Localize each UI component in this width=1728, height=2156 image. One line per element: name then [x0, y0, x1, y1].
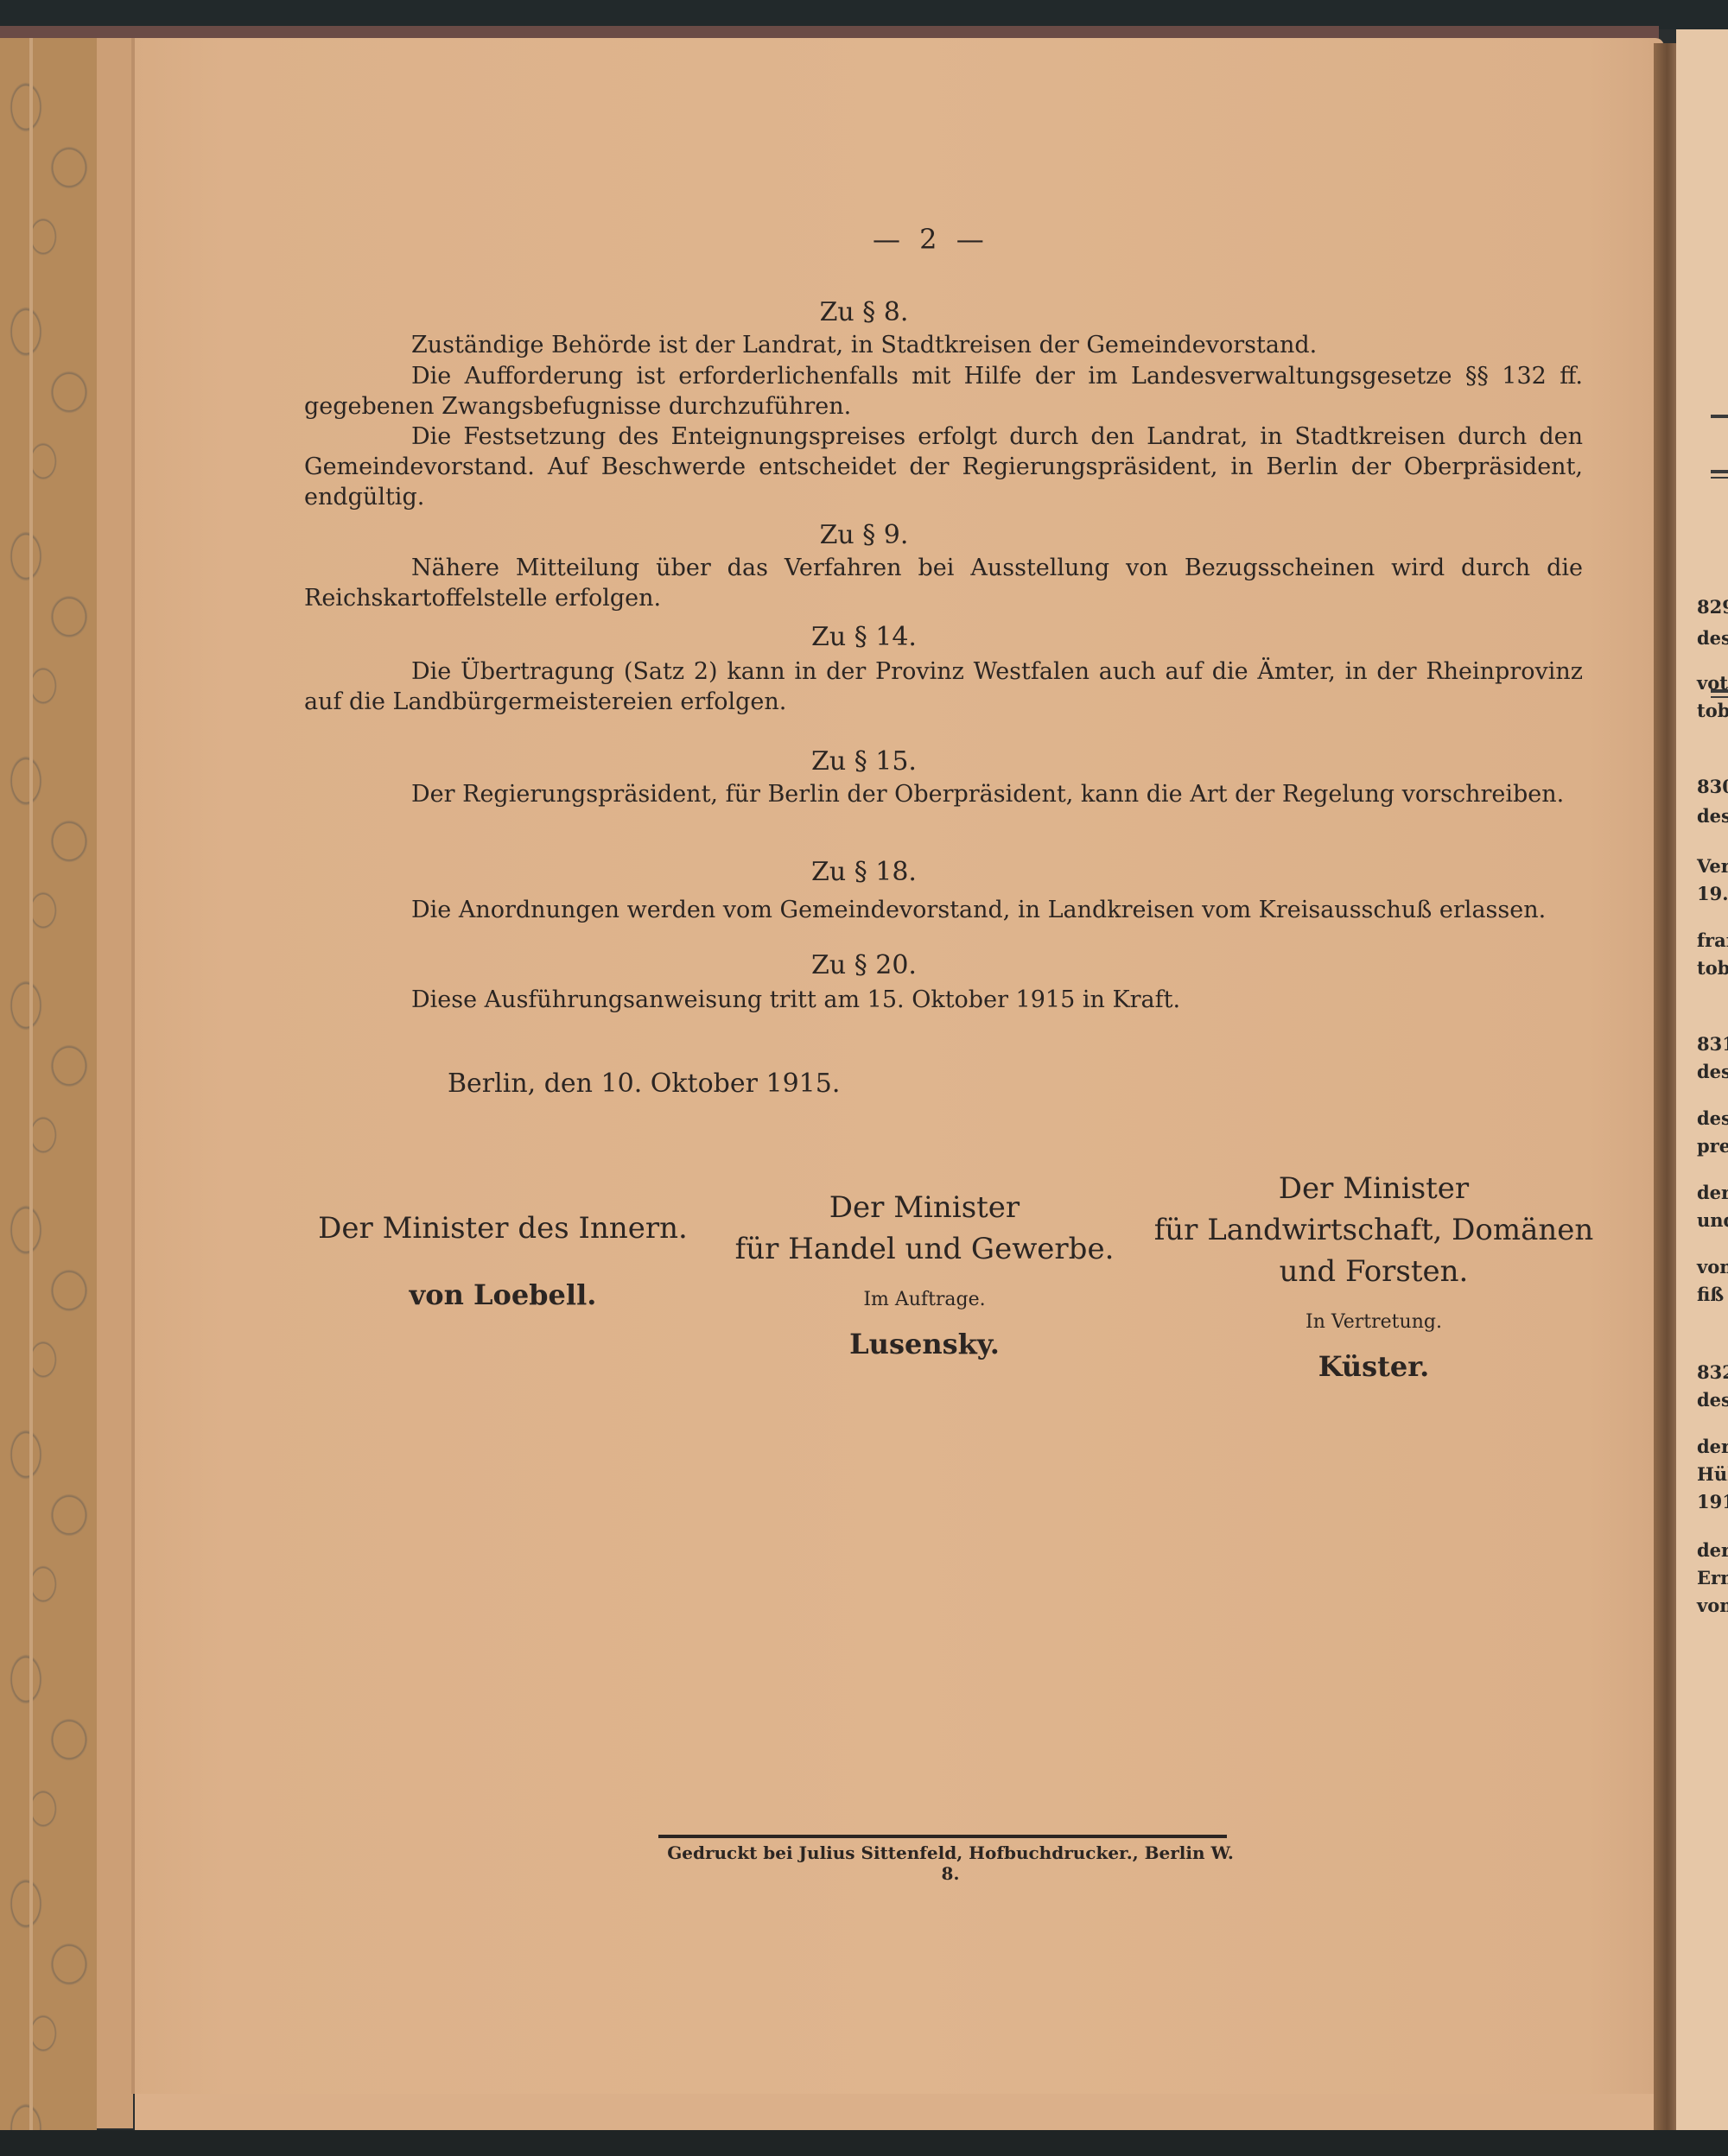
next-page-fragment: 832. — [1697, 1361, 1728, 1383]
marbled-binding — [0, 38, 97, 2132]
book-cover-bottom — [0, 2130, 1728, 2156]
section-heading: Zu § 15. — [0, 746, 1728, 777]
next-page-fragment: von — [1697, 1256, 1728, 1278]
printer-imprint: Gedruckt bei Julius Sittenfeld, Hofbuchd… — [657, 1842, 1244, 1884]
paragraph: Nähere Mitteilung über das Verfahren bei… — [304, 553, 1583, 613]
signature-title: Der Minister — [717, 1187, 1132, 1228]
page-number: — 2 — — [873, 223, 989, 256]
signatory-name: Lusensky. — [717, 1328, 1132, 1360]
signature-title: für Landwirtschaft, Domänen — [1140, 1209, 1607, 1251]
signature-title: Der Minister — [1140, 1168, 1607, 1209]
signature-capacity: In Vertretung. — [1140, 1311, 1607, 1333]
next-page-fragment: tob — [1697, 700, 1728, 721]
book-cover-top — [0, 0, 1728, 29]
next-page-fragment: des — [1697, 805, 1728, 827]
next-page-fragment: 831. — [1697, 1033, 1728, 1055]
next-page-fragment: des — [1697, 1389, 1728, 1411]
signature-title: Der Minister des Innern. — [295, 1208, 710, 1249]
next-page-fragment: 830 — [1697, 776, 1728, 797]
section-heading: Zu § 9. — [0, 520, 1728, 550]
binding-crease — [29, 38, 33, 2132]
book-gutter — [1654, 43, 1676, 2134]
paragraph: Die Festsetzung des Enteignungspreises e… — [304, 422, 1583, 512]
next-page-fragment: 829 — [1697, 596, 1728, 618]
next-page-fragment: fran — [1697, 929, 1728, 951]
next-page-fragment: der — [1697, 1182, 1728, 1203]
signature-capacity: Im Auftrage. — [717, 1289, 1132, 1310]
date-line: Berlin, den 10. Oktober 1915. — [448, 1068, 840, 1099]
paragraph: Die Aufforderung ist erforderlichenfalls… — [304, 361, 1583, 422]
section-heading: Zu § 8. — [0, 297, 1728, 327]
signature-title: und Forsten. — [1140, 1251, 1607, 1292]
next-page-fragment: 1915 — [1697, 1491, 1728, 1512]
section-heading: Zu § 14. — [0, 622, 1728, 652]
signature-block-interior: Der Minister des Innern. von Loebell. — [295, 1208, 710, 1311]
paragraph: Die Anordnungen werden vom Gemeindevorst… — [304, 895, 1583, 925]
next-page-sliver: 829desvottob830desVer19.frantobe831.desd… — [1676, 29, 1728, 2130]
next-page-rule — [1711, 696, 1728, 698]
next-page-fragment: des — [1697, 1061, 1728, 1082]
paragraph: Zuständige Behörde ist der Landrat, in S… — [304, 330, 1583, 360]
section-heading: Zu § 20. — [0, 950, 1728, 980]
next-page-fragment: der — [1697, 1436, 1728, 1457]
next-page-fragment: und — [1697, 1209, 1728, 1231]
next-page-fragment: vot — [1697, 672, 1728, 694]
next-page-fragment: fiß — [1697, 1284, 1724, 1305]
page-stack-edge — [97, 38, 133, 2128]
paragraph: Diese Ausführungsanweisung tritt am 15. … — [304, 985, 1583, 1015]
footer-rule — [658, 1835, 1227, 1838]
paragraph: Die Übertragung (Satz 2) kann in der Pro… — [304, 656, 1583, 717]
page-bottom-edge — [135, 2094, 1690, 2132]
signature-title: für Handel und Gewerbe. — [717, 1228, 1132, 1270]
signature-block-trade: Der Minister für Handel und Gewerbe. Im … — [717, 1187, 1132, 1360]
signatory-name: Küster. — [1140, 1350, 1607, 1383]
next-page-fragment: Hül — [1697, 1463, 1728, 1485]
signature-block-agriculture: Der Minister für Landwirtschaft, Domänen… — [1140, 1168, 1607, 1383]
next-page-fragment: der — [1697, 1539, 1728, 1561]
next-page-fragment: prei — [1697, 1135, 1728, 1157]
paragraph: Der Regierungspräsident, für Berlin der … — [304, 779, 1583, 809]
next-page-fragment: vom — [1697, 1595, 1728, 1616]
next-page-rule — [1711, 477, 1728, 479]
next-page-rule — [1711, 415, 1728, 418]
next-page-rule — [1711, 470, 1728, 473]
next-page-fragment: Ern — [1697, 1567, 1728, 1588]
signatory-name: von Loebell. — [295, 1278, 710, 1311]
section-heading: Zu § 18. — [0, 857, 1728, 887]
next-page-fragment: des — [1697, 1107, 1728, 1129]
